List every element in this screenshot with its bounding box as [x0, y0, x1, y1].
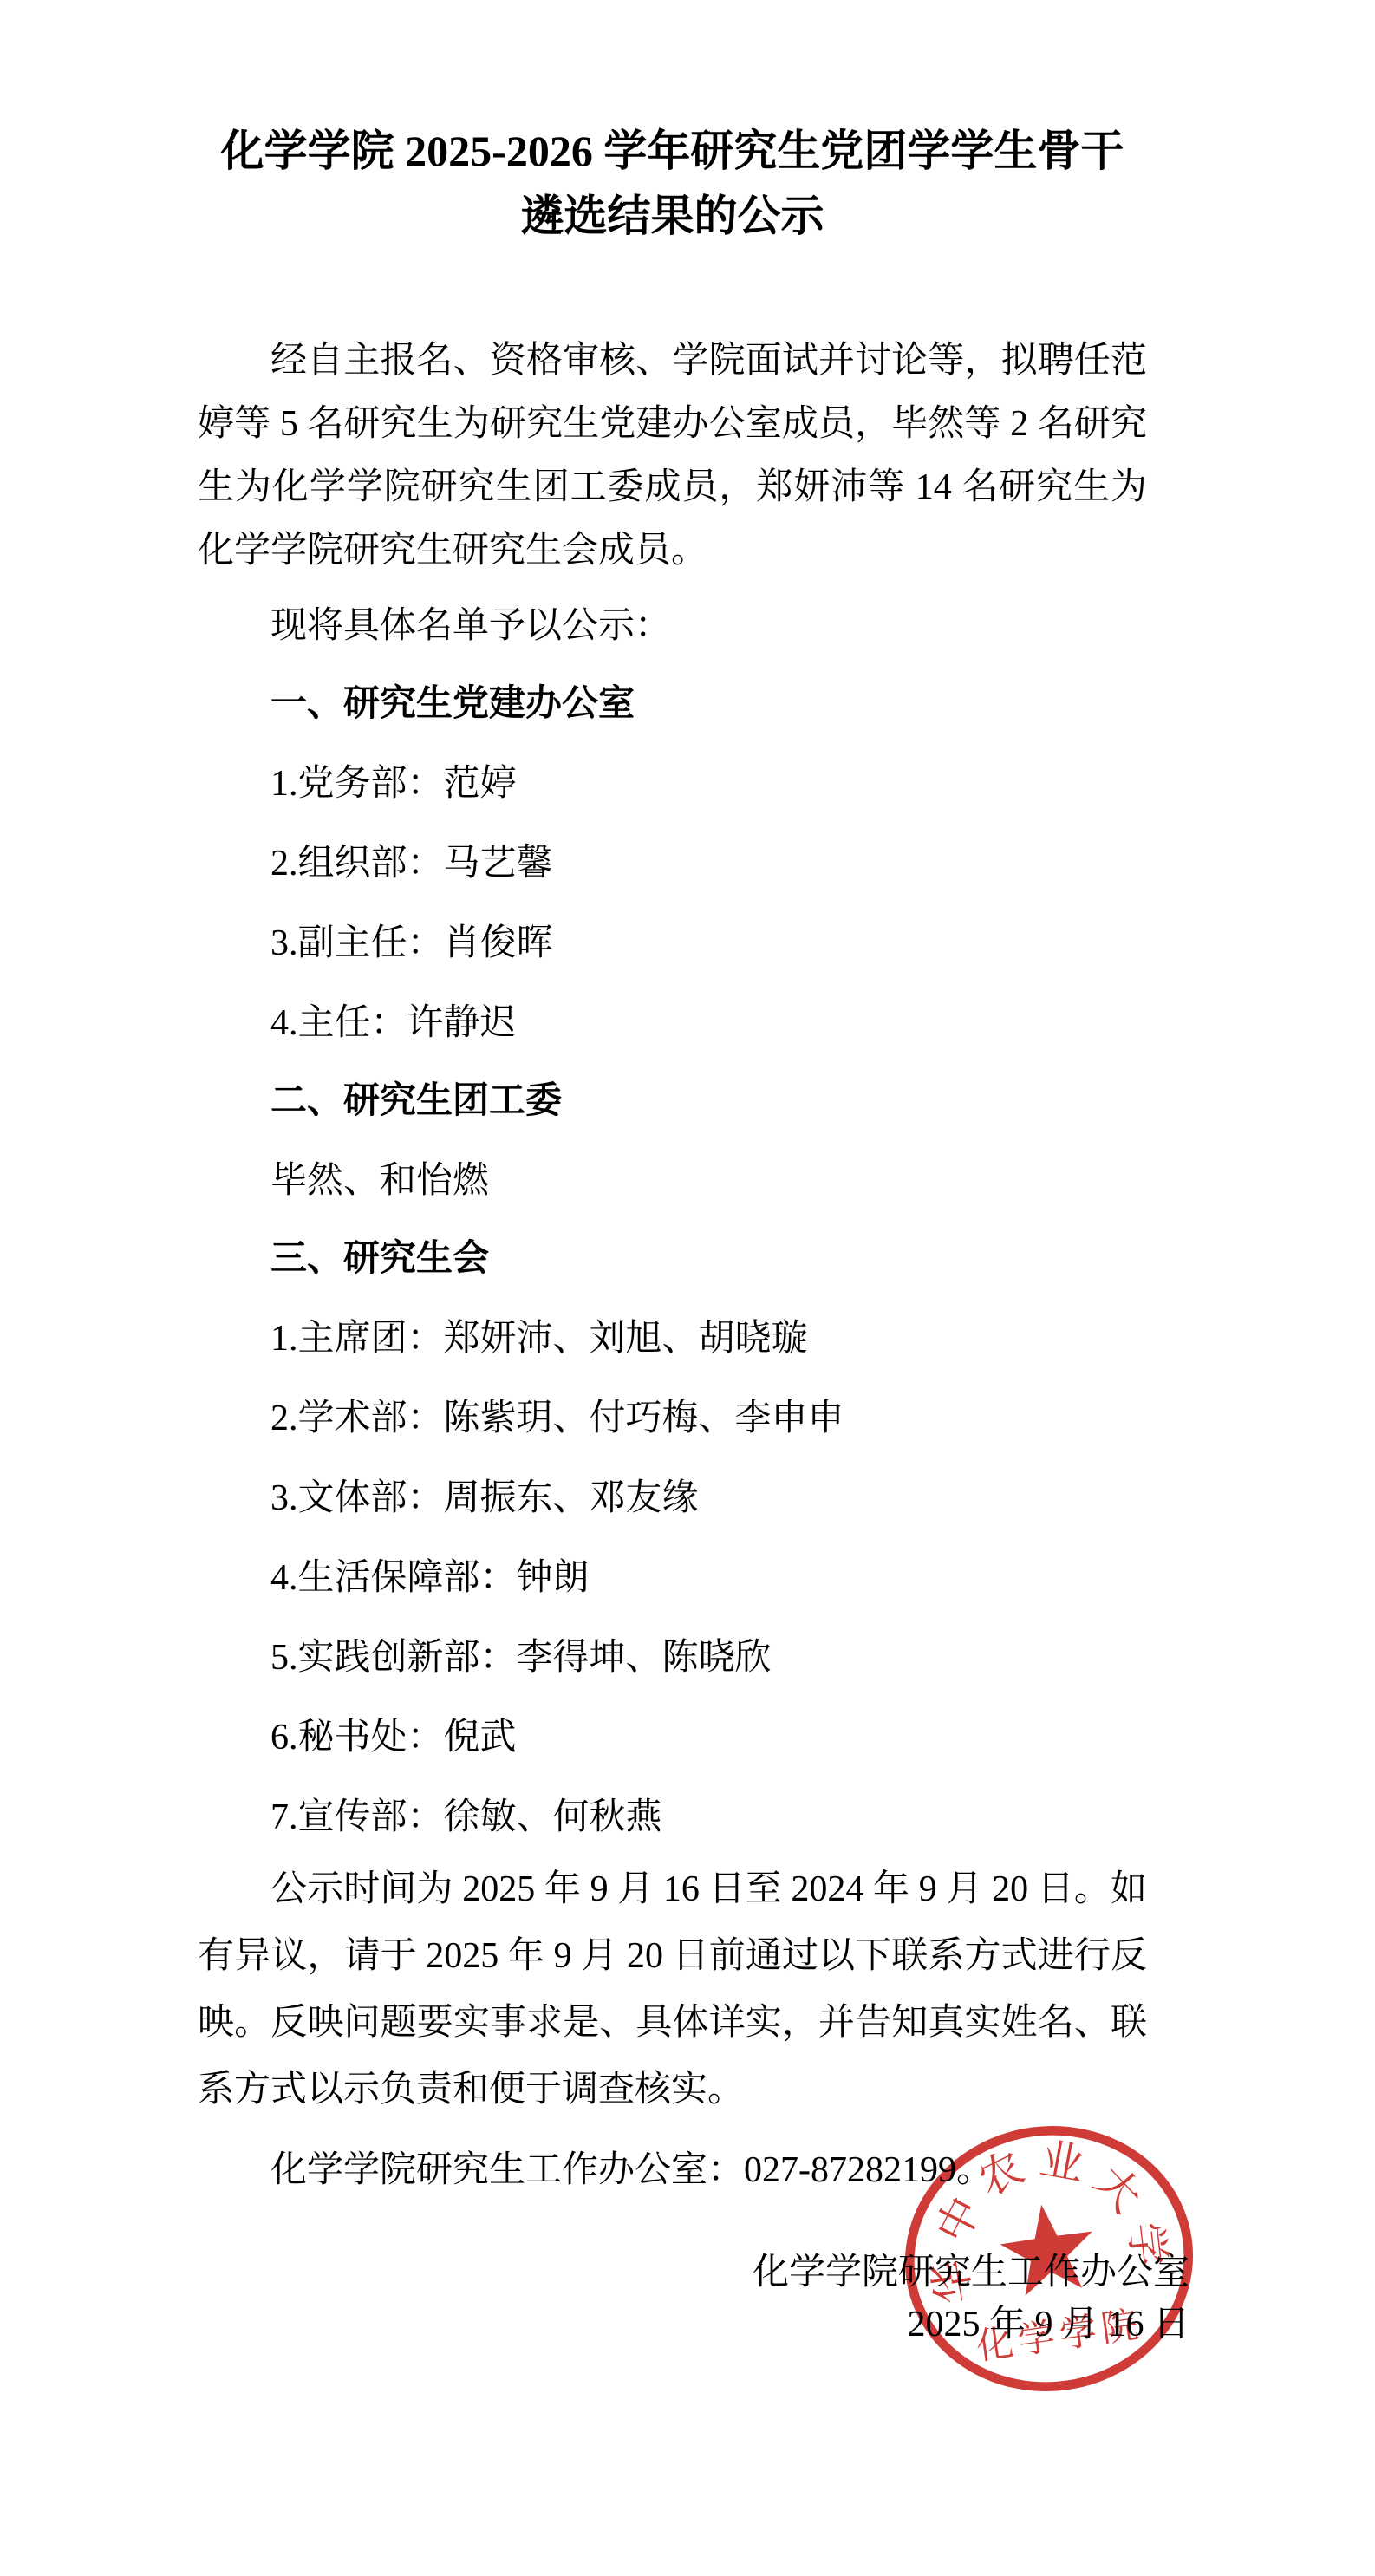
- list-item: 7.宣传部：徐敏、何秋燕: [198, 1786, 1147, 1849]
- list-item: 1.主席团：郑妍沛、刘旭、胡晓璇: [198, 1308, 1147, 1371]
- page-title: 化学学院 2025-2026 学年研究生党团学学生骨干 遴选结果的公示: [198, 119, 1147, 249]
- document-page: 化学学院 2025-2026 学年研究生党团学学生骨干 遴选结果的公示 经自主报…: [0, 0, 1375, 2576]
- list-item: 2.组织部：马艺馨: [198, 832, 1147, 896]
- signature-date: 2025 年 9 月 16 日: [198, 2293, 1189, 2357]
- list-item: 6.秘书处：倪武: [198, 1706, 1147, 1770]
- section-1-heading: 一、研究生党建办公室: [198, 673, 1147, 736]
- contact-line: 化学学院研究生工作办公室：027-87282199。: [198, 2139, 1147, 2202]
- section-2-heading: 二、研究生团工委: [198, 1070, 1147, 1133]
- intro-paragraph: 经自主报名、资格审核、学院面试并讨论等，拟聘任范婷等 5 名研究生为研究生党建办…: [198, 329, 1147, 583]
- list-lead: 现将具体名单予以公示：: [198, 595, 1147, 658]
- title-line-1: 化学学院 2025-2026 学年研究生党团学学生骨干: [198, 119, 1147, 184]
- list-item: 2.学术部：陈紫玥、付巧梅、李申申: [198, 1387, 1147, 1451]
- list-item: 5.实践创新部：李得坤、陈晓欣: [198, 1627, 1147, 1690]
- list-item: 毕然、和怡燃: [198, 1150, 1147, 1213]
- title-line-2: 遴选结果的公示: [198, 184, 1147, 249]
- section-3-heading: 三、研究生会: [198, 1228, 1147, 1291]
- document-body: 化学学院 2025-2026 学年研究生党团学学生骨干 遴选结果的公示 经自主报…: [198, 0, 1147, 2357]
- notice-paragraph: 公示时间为 2025 年 9 月 16 日至 2024 年 9 月 20 日。如…: [198, 1856, 1147, 2123]
- list-item: 3.文体部：周振东、邓友缘: [198, 1467, 1147, 1530]
- list-item: 4.生活保障部：钟朗: [198, 1547, 1147, 1610]
- list-item: 4.主任：许静迟: [198, 992, 1147, 1055]
- list-item: 3.副主任：肖俊晖: [198, 912, 1147, 975]
- list-item: 1.党务部：范婷: [198, 753, 1147, 816]
